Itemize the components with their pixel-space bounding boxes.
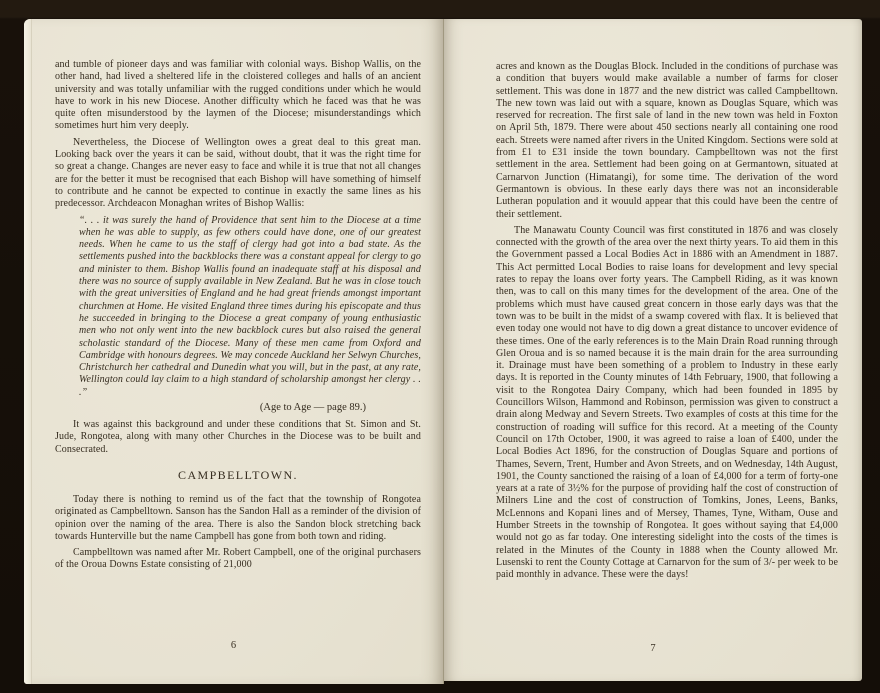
left-page-content: and tumble of pioneer days and was famil… [24, 19, 443, 572]
page-edge-highlight [24, 19, 32, 684]
page-number: 7 [444, 643, 862, 654]
right-page-content: acres and known as the Douglas Block. In… [444, 19, 862, 581]
body-paragraph: It was against this background and under… [55, 419, 421, 456]
body-paragraph: Campbelltown was named after Mr. Robert … [55, 547, 421, 572]
right-page: acres and known as the Douglas Block. In… [444, 19, 862, 681]
left-page: and tumble of pioneer days and was famil… [24, 19, 444, 684]
body-paragraph: Today there is nothing to remind us of t… [55, 494, 421, 543]
body-paragraph: The Manawatu County Council was first co… [496, 225, 838, 582]
page-number: 6 [24, 640, 443, 651]
book-scan-spread: and tumble of pioneer days and was famil… [0, 0, 880, 693]
body-paragraph: and tumble of pioneer days and was famil… [55, 59, 421, 133]
quote-attribution: (Age to Age — page 89.) [55, 402, 421, 413]
body-paragraph: Nevertheless, the Diocese of Wellington … [55, 137, 421, 211]
section-heading: CAMPBELLTOWN. [55, 468, 421, 483]
body-paragraph: acres and known as the Douglas Block. In… [496, 61, 838, 221]
block-quote: “. . . it was surely the hand of Provide… [79, 215, 421, 399]
